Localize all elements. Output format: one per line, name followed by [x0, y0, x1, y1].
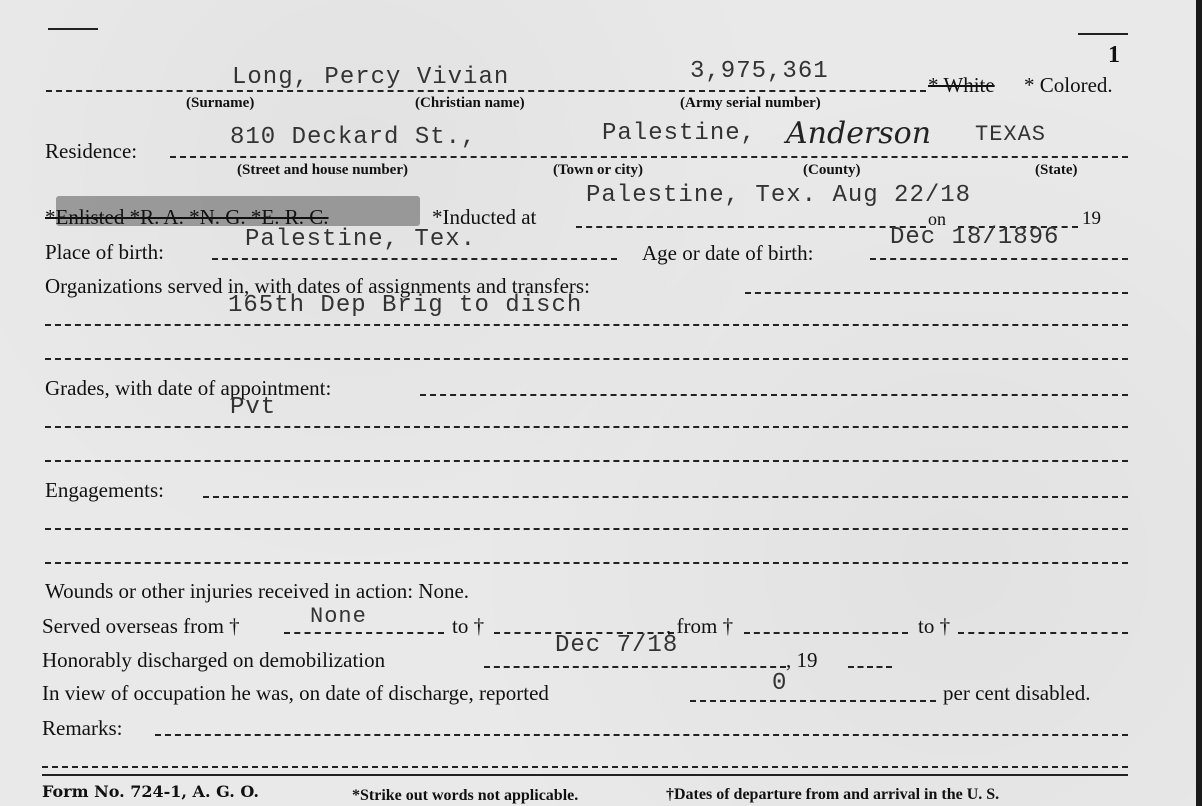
footnote-dates: †Dates of departure from and arrival in …: [666, 786, 999, 804]
disability-label: In view of occupation he was, on date of…: [42, 683, 549, 704]
year-prefix: 19: [1082, 209, 1101, 228]
birth-place-line: [212, 258, 617, 260]
remarks-line-1: [155, 734, 1128, 736]
remarks-label: Remarks:: [42, 718, 122, 739]
wounds-label: Wounds or other injuries received in act…: [45, 581, 469, 602]
residence-state: TEXAS: [975, 124, 1046, 146]
form-number: Form No. 724-1, A. G. O.: [42, 782, 259, 801]
caption-surname: (Surname): [186, 96, 254, 111]
organizations-line-1: [745, 292, 1128, 294]
birth-place-value: Palestine, Tex.: [245, 228, 476, 252]
remarks-line-2: [42, 766, 1128, 768]
birth-date-value: Dec 18/1896: [890, 226, 1059, 250]
inducted-label: *Inducted at: [432, 207, 536, 228]
overseas-to2-label: to †: [918, 616, 950, 637]
discharge-value: Dec 7/18: [555, 634, 678, 658]
engagements-label: Engagements:: [45, 480, 164, 501]
overseas-from-line: [284, 632, 444, 634]
grades-line-2: [45, 426, 1128, 428]
inducted-value: Palestine, Tex. Aug 22/18: [586, 184, 971, 208]
race-colored: * Colored.: [1024, 75, 1113, 96]
overseas-to2-line: [958, 632, 1128, 634]
engagements-line-1: [203, 496, 1128, 498]
grades-value: Pvt: [230, 396, 276, 420]
enlistment-options: *Enlisted *R. A. *N. G. *E. R. C.: [45, 207, 329, 228]
grades-line-3: [45, 460, 1128, 462]
discharge-year-line: [848, 666, 892, 668]
birth-date-line: [870, 258, 1128, 260]
name-value: Long, Percy Vivian: [232, 66, 509, 90]
top-left-rule: [48, 28, 98, 30]
footnote-strike: *Strike out words not applicable.: [352, 787, 578, 805]
birth-place-label: Place of birth:: [45, 242, 164, 263]
residence-town: Palestine,: [602, 122, 756, 146]
overseas-from2-line: [744, 632, 908, 634]
inducted-line: [576, 226, 926, 228]
service-record-card: 1 Long, Percy Vivian 3,975,361 * White *…: [0, 0, 1196, 806]
residence-street: 810 Deckard St.,: [230, 126, 476, 150]
top-right-rule: [1078, 33, 1128, 35]
birth-date-label: Age or date of birth:: [642, 243, 813, 264]
residence-line: [170, 156, 1128, 158]
disability-suffix: per cent disabled.: [943, 683, 1091, 704]
residence-county: Anderson: [786, 116, 931, 151]
engagements-line-2: [45, 528, 1128, 530]
discharge-label: Honorably discharged on demobilization: [42, 650, 385, 671]
caption-christian-name: (Christian name): [415, 96, 525, 111]
page-number: 1: [1108, 42, 1120, 69]
overseas-from-value: None: [310, 606, 367, 628]
caption-county: (County): [803, 163, 861, 178]
overseas-to-label: to †: [452, 616, 484, 637]
discharge-line: [484, 666, 786, 668]
caption-town: (Town or city): [553, 163, 643, 178]
organizations-line-2: [45, 324, 1128, 326]
disability-value: 0: [772, 672, 787, 696]
card-edge: [1196, 0, 1202, 806]
disability-line: [690, 700, 936, 702]
grades-label: Grades, with date of appointment:: [45, 378, 331, 399]
serial-value: 3,975,361: [690, 60, 829, 84]
caption-state: (State): [1035, 163, 1077, 178]
name-line: [46, 90, 926, 92]
engagements-line-3: [45, 562, 1128, 564]
race-white: * White: [928, 75, 995, 96]
residence-label: Residence:: [45, 141, 137, 162]
organizations-value: 165th Dep Brig to disch: [228, 294, 582, 318]
overseas-from-label: Served overseas from †: [42, 616, 240, 637]
organizations-line-3: [45, 358, 1128, 360]
grades-line-1: [420, 394, 1128, 396]
discharge-year-prefix: , 19: [786, 650, 818, 671]
caption-street: (Street and house number): [237, 163, 408, 178]
footer-rule: [42, 774, 1128, 776]
caption-serial: (Army serial number): [680, 96, 821, 111]
